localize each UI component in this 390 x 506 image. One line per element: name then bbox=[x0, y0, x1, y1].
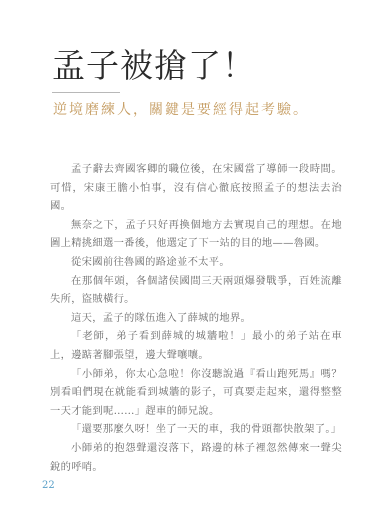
chapter-subtitle: 逆境磨練人，關鍵是要經得起考驗。 bbox=[53, 101, 309, 119]
paragraph: 「還要那麼久呀！坐了一天的車，我的骨頭都快散架了。」 bbox=[50, 420, 342, 439]
paragraph: 「小師弟，你太心急啦！你沒聽說過『看山跑死馬』嗎？別看咱們現在就能看到城牆的影子… bbox=[50, 365, 342, 421]
paragraph: 從宋國前往魯國的路途並不太平。 bbox=[50, 253, 342, 272]
body-text: 孟子辭去齊國客卿的職位後，在宋國當了導師一段時間。可惜，宋康王膽小怕事，沒有信心… bbox=[50, 160, 342, 476]
paragraph: 「老師，弟子看到薛城的城牆啦！」最小的弟子站在車上，邊踮著腳張望，邊大聲嚷嚷。 bbox=[50, 327, 342, 364]
title-divider bbox=[52, 92, 120, 93]
paragraph: 這天，孟子的隊伍進入了薛城的地界。 bbox=[50, 309, 342, 328]
page-number: 22 bbox=[42, 480, 55, 491]
paragraph: 孟子辭去齊國客卿的職位後，在宋國當了導師一段時間。可惜，宋康王膽小怕事，沒有信心… bbox=[50, 160, 342, 216]
chapter-title: 孟子被搶了！ bbox=[52, 46, 256, 86]
paragraph: 無奈之下，孟子只好再換個地方去實現自己的理想。在地圖上精挑細選一番後，他選定了下… bbox=[50, 216, 342, 253]
paragraph: 小師弟的抱怨聲還沒落下，路邊的林子裡忽然傳來一聲尖銳的呼哨。 bbox=[50, 439, 342, 476]
paragraph: 在那個年頭，各個諸侯國間三天兩頭爆發戰爭，百姓流離失所，盜賊橫行。 bbox=[50, 272, 342, 309]
